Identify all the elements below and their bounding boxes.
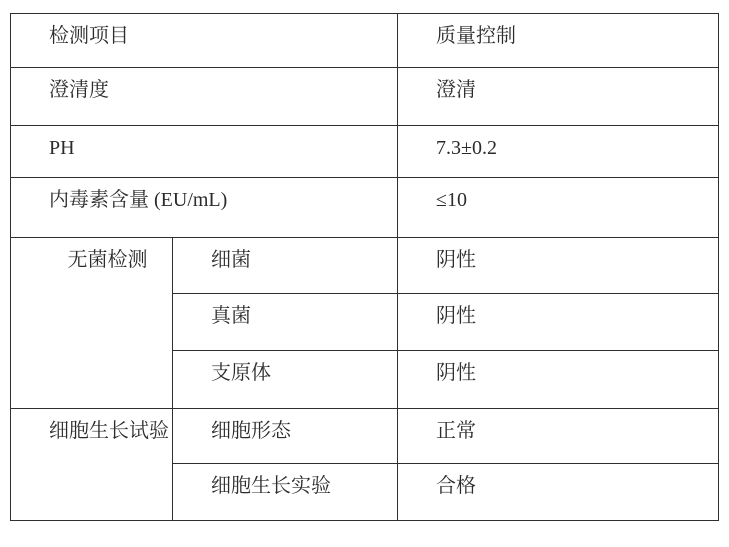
row-label-fungi: 真菌 bbox=[173, 294, 398, 351]
row-value-cell-morphology: 正常 bbox=[398, 409, 719, 464]
table-row: 检测项目 质量控制 bbox=[11, 14, 719, 68]
table-row: 内毒素含量 (EU/mL) ≤10 bbox=[11, 178, 719, 238]
table-row: 细胞生长试验 细胞形态 正常 bbox=[11, 409, 719, 464]
row-value-mycoplasma: 阴性 bbox=[398, 351, 719, 409]
group-label-cell-growth: 细胞生长试验 bbox=[11, 409, 173, 521]
row-value-cell-growth-test: 合格 bbox=[398, 464, 719, 521]
row-value-bacteria: 阴性 bbox=[398, 238, 719, 294]
row-label-clarity: 澄清度 bbox=[11, 68, 398, 126]
row-value-endotoxin: ≤10 bbox=[398, 178, 719, 238]
group-label-sterility: 无菌检测 bbox=[11, 238, 173, 409]
row-value-clarity: 澄清 bbox=[398, 68, 719, 126]
header-item-cell: 检测项目 bbox=[11, 14, 398, 68]
row-label-bacteria: 细菌 bbox=[173, 238, 398, 294]
row-label-cell-morphology: 细胞形态 bbox=[173, 409, 398, 464]
row-value-ph: 7.3±0.2 bbox=[398, 126, 719, 178]
row-label-ph: PH bbox=[11, 126, 398, 178]
row-label-endotoxin: 内毒素含量 (EU/mL) bbox=[11, 178, 398, 238]
row-label-cell-growth-test: 细胞生长实验 bbox=[173, 464, 398, 521]
table-row: 澄清度 澄清 bbox=[11, 68, 719, 126]
table-row: 无菌检测 细菌 阴性 bbox=[11, 238, 719, 294]
header-qc-cell: 质量控制 bbox=[398, 14, 719, 68]
row-value-fungi: 阴性 bbox=[398, 294, 719, 351]
row-label-mycoplasma: 支原体 bbox=[173, 351, 398, 409]
table-row: PH 7.3±0.2 bbox=[11, 126, 719, 178]
quality-control-table: 检测项目 质量控制 澄清度 澄清 PH 7.3±0.2 内毒素含量 (EU/mL… bbox=[10, 13, 719, 521]
